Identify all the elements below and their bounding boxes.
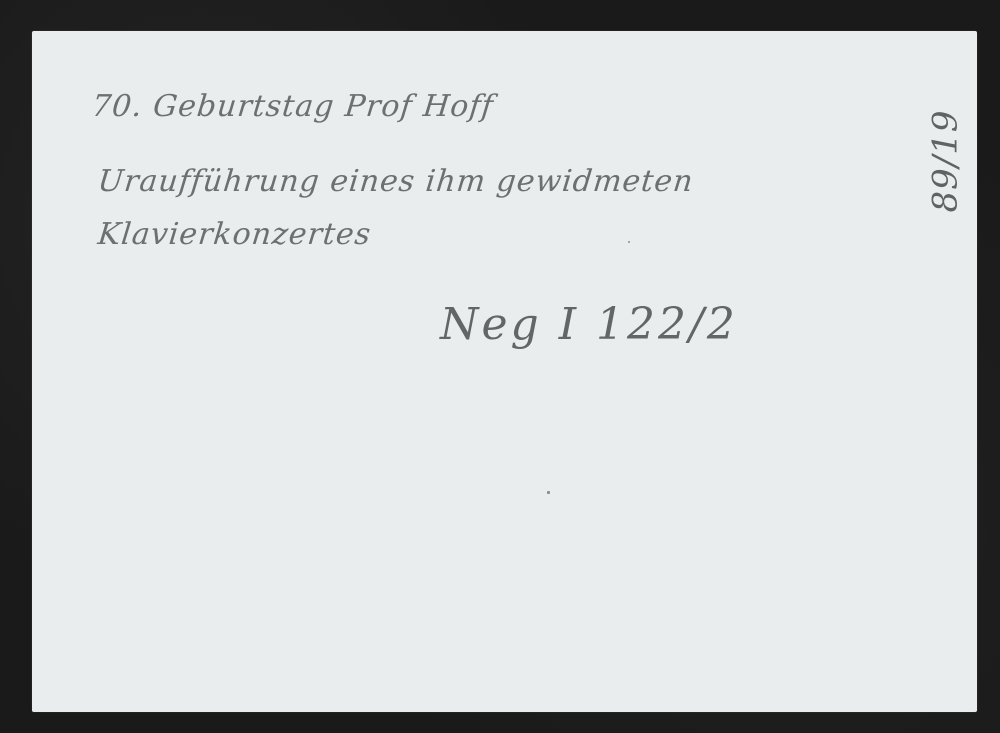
scanned-photo-back: 70. Geburtstag Prof Hoff Uraufführung ei… bbox=[0, 0, 1000, 733]
negative-reference-number: Neg I 122/2 bbox=[440, 299, 738, 350]
paper-speck bbox=[547, 491, 550, 494]
handwritten-title-line: 70. Geburtstag Prof Hoff bbox=[90, 89, 495, 124]
paper-speck bbox=[628, 241, 630, 243]
handwritten-description-line-1: Uraufführung eines ihm gewidmeten bbox=[96, 164, 695, 199]
handwritten-description-line-2: Klavierkonzertes bbox=[96, 217, 373, 252]
photo-card: 70. Geburtstag Prof Hoff Uraufführung ei… bbox=[32, 31, 977, 712]
catalog-number-rotated: 89/19 bbox=[925, 110, 965, 213]
